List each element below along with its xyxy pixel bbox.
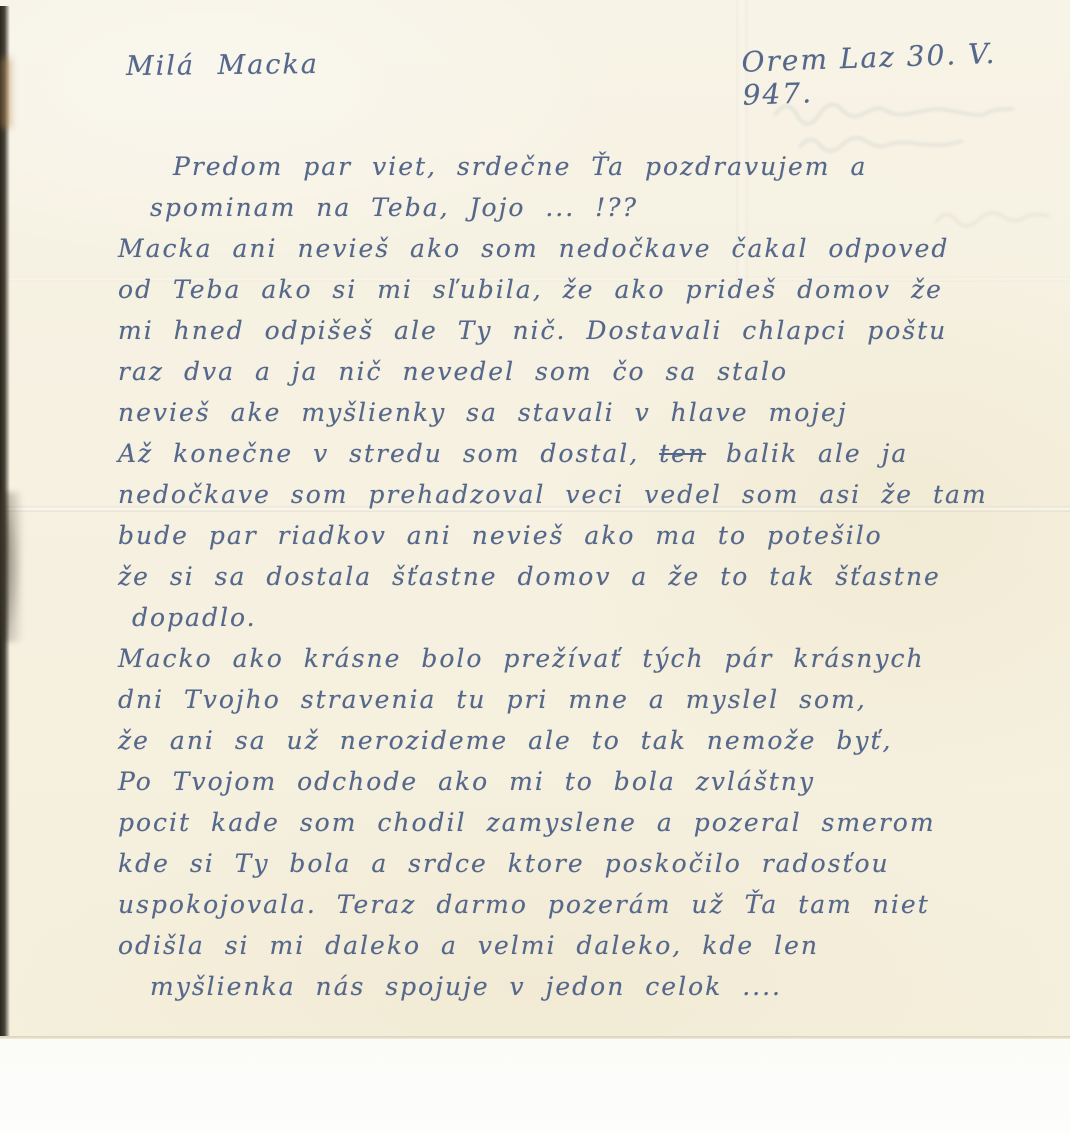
scanned-letter: Milá Macka Orem Laz 30. V. 947. Predom p… [0,0,1070,1133]
scanner-edge-tint [1,58,11,128]
ink-smudge [0,492,24,642]
body-line: dni Tvojho stravenia tu pri mne a myslel… [118,679,1018,720]
body-line: že si sa dostala šťastne domov a že to t… [118,556,1018,597]
body-line: odišla si mi daleko a velmi daleko, kde … [118,925,1018,966]
letter-body: Predom par viet, srdečne Ťa pozdravujem … [118,146,1018,1007]
body-line: nevieš ake myšlienky sa stavali v hlave … [118,392,1018,433]
line8-pre: Až konečne v stredu som dostal, [118,439,659,468]
body-line-with-strikethrough: Až konečne v stredu som dostal, ten bali… [118,433,1018,474]
body-line: dopadlo. [132,597,1018,638]
dateline: Orem Laz 30. V. 947. [741,34,1070,111]
body-line: myšlienka nás spojuje v jedon celok .... [150,966,1018,1007]
body-line: spominam na Teba, Jojo ... !?? [150,187,1018,228]
body-line: Macka ani nevieš ako som nedočkave čakal… [118,228,1018,269]
line8-post: balik ale ja [706,439,908,468]
body-line: nedočkave som prehadzoval veci vedel som… [118,474,1018,515]
body-line: pocit kade som chodil zamyslene a pozera… [118,802,1018,843]
body-line: že ani sa už nerozideme ale to tak nemož… [118,720,1018,761]
body-line: uspokojovala. Teraz darmo pozerám už Ťa … [118,884,1018,925]
body-line: kde si Ty bola a srdce ktore poskočilo r… [118,843,1018,884]
body-line: Predom par viet, srdečne Ťa pozdravujem … [173,146,1018,187]
scanner-background [0,1039,1070,1133]
body-line: raz dva a ja nič nevedel som čo sa stalo [118,351,1018,392]
body-line: bude par riadkov ani nevieš ako ma to po… [118,515,1018,556]
body-line: od Teba ako si mi sľubila, že ako prideš… [118,269,1018,310]
body-line: Po Tvojom odchode ako mi to bola zvláštn… [118,761,1018,802]
greeting: Milá Macka [126,49,319,82]
struck-word: ten [659,439,706,468]
body-line: Macko ako krásne bolo prežívať tých pár … [118,638,1018,679]
body-line: mi hned odpišeš ale Ty nič. Dostavali ch… [118,310,1018,351]
